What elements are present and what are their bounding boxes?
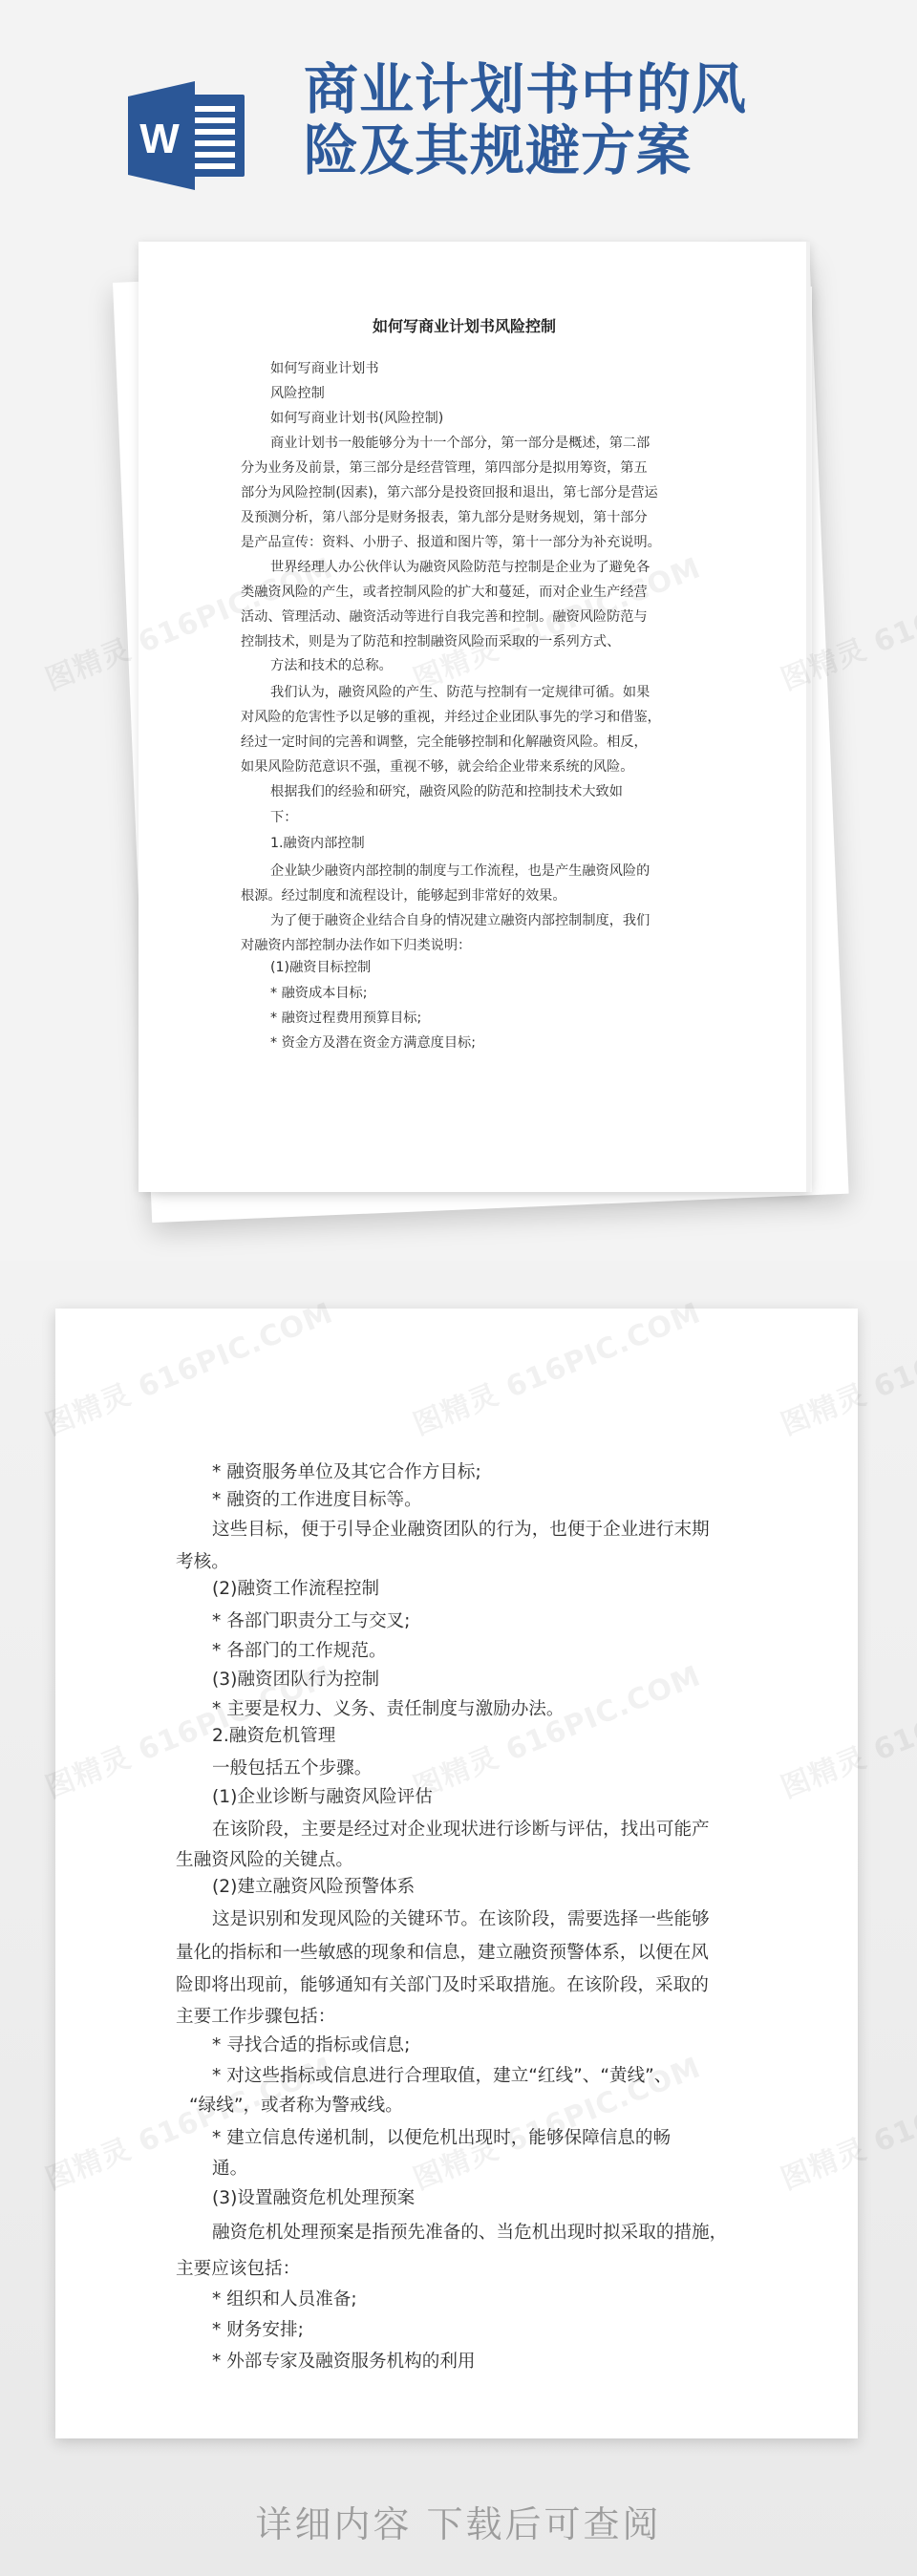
text-line: 在该阶段，主要是经过对企业现状进行诊断与评估，找出可能产 bbox=[212, 1819, 710, 1842]
text-line: (3)设置融资危机处理预案 bbox=[212, 2187, 415, 2210]
text-line: * 组织和人员准备; bbox=[212, 2289, 357, 2311]
text-line: * 建立信息传递机制，以便危机出现时，能够保障信息的畅 bbox=[212, 2127, 671, 2150]
text-line: * 融资成本目标; bbox=[270, 985, 368, 1002]
text-line: * 财务安排; bbox=[212, 2319, 304, 2342]
text-line: 是产品宣传：资料、小册子、报道和图片等，第十一部分为补充说明。 bbox=[241, 534, 661, 551]
text-line: (2)融资工作流程控制 bbox=[212, 1578, 379, 1601]
download-hint-text: 详细内容 下载后可查阅 bbox=[0, 2495, 917, 2547]
text-line: * 融资服务单位及其它合作方目标; bbox=[212, 1461, 481, 1484]
word-document-icon: W bbox=[128, 81, 245, 190]
text-line: 主要工作步骤包括： bbox=[176, 2006, 335, 2029]
text-line: 控制技术，则是为了防范和控制融资风险而采取的一系列方式、 bbox=[241, 633, 620, 650]
text-line: 根源。经过制度和流程设计，能够起到非常好的效果。 bbox=[241, 887, 566, 905]
text-line: 这些目标，便于引导企业融资团队的行为，也便于企业进行末期 bbox=[212, 1519, 710, 1542]
text-line: 如果风险防范意识不强，重视不够，就会给企业带来系统的风险。 bbox=[241, 758, 633, 776]
text-line: 根据我们的经验和研究，融资风险的防范和控制技术大致如 bbox=[270, 783, 623, 800]
title-line-1: 商业计划书中的风 bbox=[304, 59, 877, 120]
text-line: 经过一定时间的完善和调整，完全能够控制和化解融资风险。相反， bbox=[241, 734, 648, 751]
document-page-2: * 融资服务单位及其它合作方目标;* 融资的工作进度目标等。这些目标，便于引导企… bbox=[55, 1309, 858, 2438]
text-line: 1.融资内部控制 bbox=[270, 835, 365, 852]
text-line: 主要应该包括： bbox=[176, 2258, 300, 2281]
title-line-2: 险及其规避方案 bbox=[304, 120, 877, 181]
text-line: 融资危机处理预案是指预先准备的、当危机出现时拟采取的措施， bbox=[212, 2222, 727, 2245]
text-line: 方法和技术的总称。 bbox=[270, 657, 393, 674]
text-line: 风险控制 bbox=[270, 385, 325, 402]
text-line: (2)建立融资风险预警体系 bbox=[212, 1876, 415, 1899]
text-line: 对融资内部控制办法作如下归类说明： bbox=[241, 937, 471, 954]
document-heading: 如何写商业计划书风险控制 bbox=[373, 314, 556, 336]
svg-text:W: W bbox=[139, 116, 180, 162]
text-line: 如何写商业计划书(风险控制) bbox=[270, 410, 443, 427]
text-line: 对风险的危害性予以足够的重视，并经过企业团队事先的学习和借鉴， bbox=[241, 709, 661, 726]
text-line: 生融资风险的关键点。 bbox=[176, 1849, 353, 1872]
text-line: 及预测分析，第八部分是财务报表，第九部分是财务规划，第十部分 bbox=[241, 509, 648, 526]
text-line: (1)企业诊断与融资风险评估 bbox=[212, 1786, 433, 1809]
text-line: * 寻找合适的指标或信息; bbox=[212, 2034, 410, 2057]
text-line: “绿线”，或者称为警戒线。 bbox=[189, 2095, 403, 2118]
text-line: 商业计划书一般能够分为十一个部分，第一部分是概述，第二部 bbox=[270, 435, 650, 452]
document-page-1: 如何写商业计划书风险控制 如何写商业计划书风险控制如何写商业计划书(风险控制)商… bbox=[139, 242, 810, 1192]
text-line: 如何写商业计划书 bbox=[270, 360, 379, 377]
text-line: * 融资的工作进度目标等。 bbox=[212, 1489, 422, 1512]
text-line: * 融资过程费用预算目标; bbox=[270, 1010, 421, 1027]
text-line: * 各部门的工作规范。 bbox=[212, 1640, 387, 1663]
text-line: 险即将出现前，能够通知有关部门及时采取措施。在该阶段，采取的 bbox=[176, 1974, 709, 1997]
text-line: (1)融资目标控制 bbox=[270, 959, 371, 976]
text-line: 我们认为，融资风险的产生、防范与控制有一定规律可循。如果 bbox=[270, 684, 650, 701]
text-line: * 对这些指标或信息进行合理取值，建立“红线”、“黄线”、 bbox=[212, 2065, 672, 2088]
text-line: 类融资风险的产生，或者控制风险的扩大和蔓延，而对企业生产经营 bbox=[241, 584, 648, 601]
text-line: * 外部专家及融资服务机构的利用 bbox=[212, 2351, 476, 2374]
text-line: 下： bbox=[270, 809, 297, 826]
text-line: 分为业务及前景，第三部分是经营管理，第四部分是拟用筹资，第五 bbox=[241, 459, 648, 477]
text-line: 考核。 bbox=[176, 1551, 229, 1574]
text-line: 量化的指标和一些敏感的现象和信息，建立融资预警体系，以便在风 bbox=[176, 1942, 709, 1965]
text-line: * 主要是权力、义务、责任制度与激励办法。 bbox=[212, 1698, 565, 1721]
text-line: * 资金方及潜在资金方满意度目标; bbox=[270, 1034, 476, 1052]
text-line: * 各部门职责分工与交叉; bbox=[212, 1610, 410, 1633]
text-line: 世界经理人办公伙伴认为融资风险防范与控制是企业为了避免各 bbox=[270, 559, 650, 576]
text-line: 一般包括五个步骤。 bbox=[212, 1757, 372, 1780]
text-line: (3)融资团队行为控制 bbox=[212, 1669, 379, 1692]
text-line: 通。 bbox=[212, 2158, 247, 2181]
text-line: 为了便于融资企业结合自身的情况建立融资内部控制制度，我们 bbox=[270, 912, 650, 929]
text-line: 企业缺少融资内部控制的制度与工作流程，也是产生融资风险的 bbox=[270, 862, 650, 880]
text-line: 这是识别和发现风险的关键环节。在该阶段，需要选择一些能够 bbox=[212, 1908, 710, 1931]
text-line: 活动、管理活动、融资活动等进行自我完善和控制。融资风险防范与 bbox=[241, 608, 648, 626]
text-line: 2.融资危机管理 bbox=[212, 1725, 335, 1748]
text-line: 部分为风险控制(因素)，第六部分是投资回报和退出，第七部分是营运 bbox=[241, 484, 658, 501]
page-title: 商业计划书中的风 险及其规避方案 bbox=[304, 59, 877, 181]
